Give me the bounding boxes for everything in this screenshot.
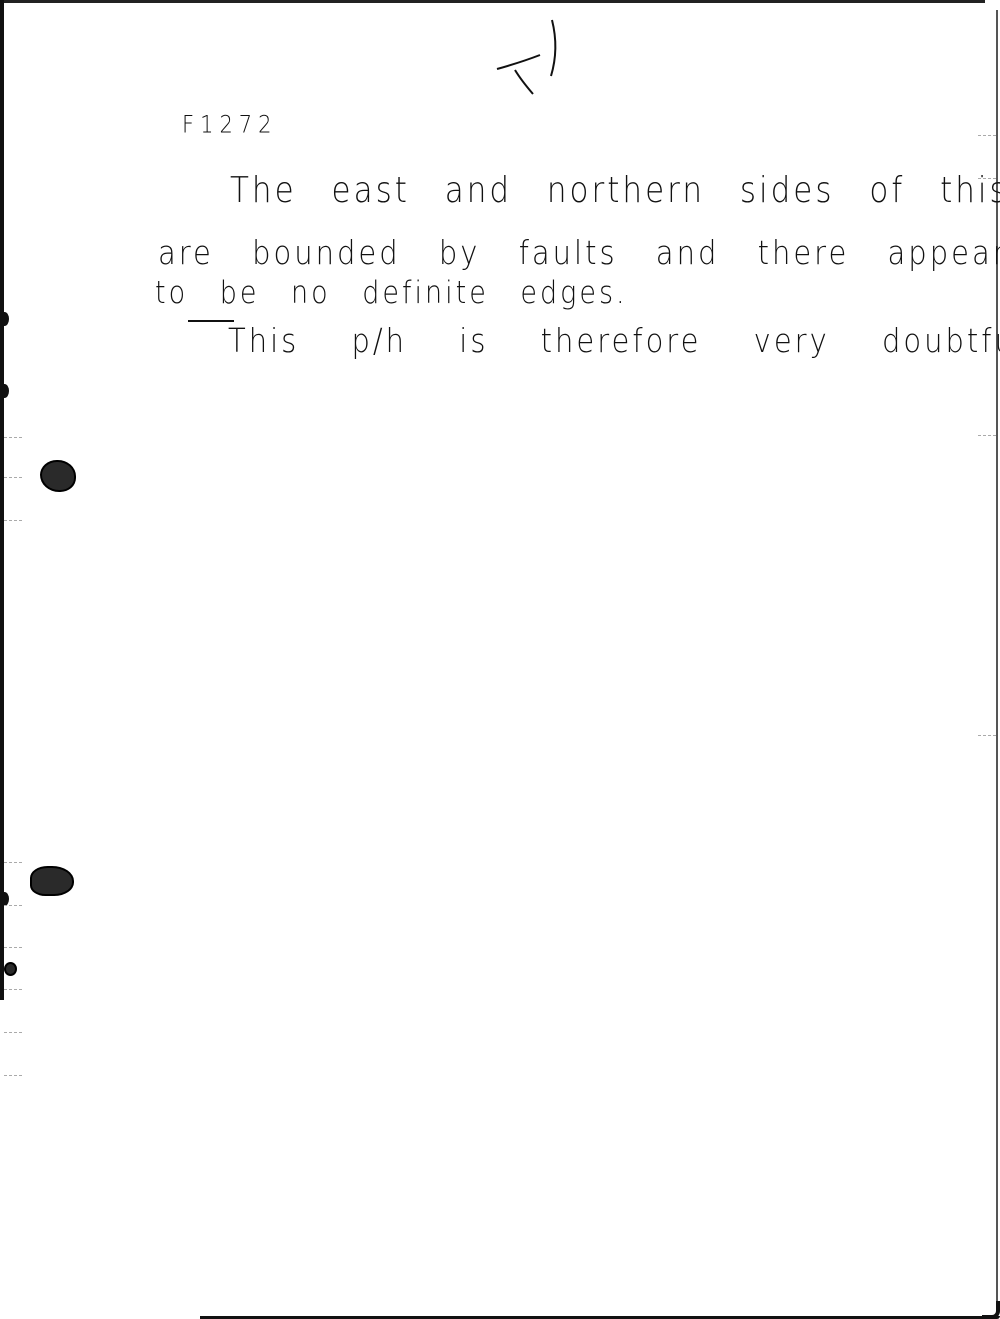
margin-tick (4, 862, 22, 864)
handwritten-top-mark (495, 14, 565, 96)
margin-tick (978, 435, 996, 437)
scanned-page: F1272 The east and northern sides of thi… (0, 0, 1000, 1319)
edge-nick (0, 892, 9, 906)
margin-tick (4, 520, 22, 522)
edge-nick (0, 384, 9, 398)
margin-tick (4, 1032, 22, 1034)
note-line: are bounded by faults and there appear (158, 233, 1000, 272)
margin-tick (4, 989, 22, 991)
margin-tick (978, 135, 996, 137)
page-corner (982, 1301, 1000, 1319)
margin-tick (4, 1075, 22, 1077)
page-edge-left (0, 0, 4, 1000)
note-line: The east and northern sides of this (?) … (230, 170, 1000, 211)
reference-code: F1272 (182, 110, 278, 138)
margin-tick (4, 477, 22, 479)
punch-hole (30, 866, 74, 896)
margin-tick (4, 905, 22, 907)
margin-tick (4, 947, 22, 949)
margin-tick (978, 735, 996, 737)
edge-nick (0, 312, 9, 326)
margin-tick (4, 437, 22, 439)
punch-hole (4, 962, 17, 976)
note-line: This p/h is therefore very doubtfull (228, 321, 1000, 360)
note-line: to be no definite edges. (155, 275, 628, 311)
page-edge-top (0, 0, 985, 3)
punch-hole (40, 460, 76, 492)
